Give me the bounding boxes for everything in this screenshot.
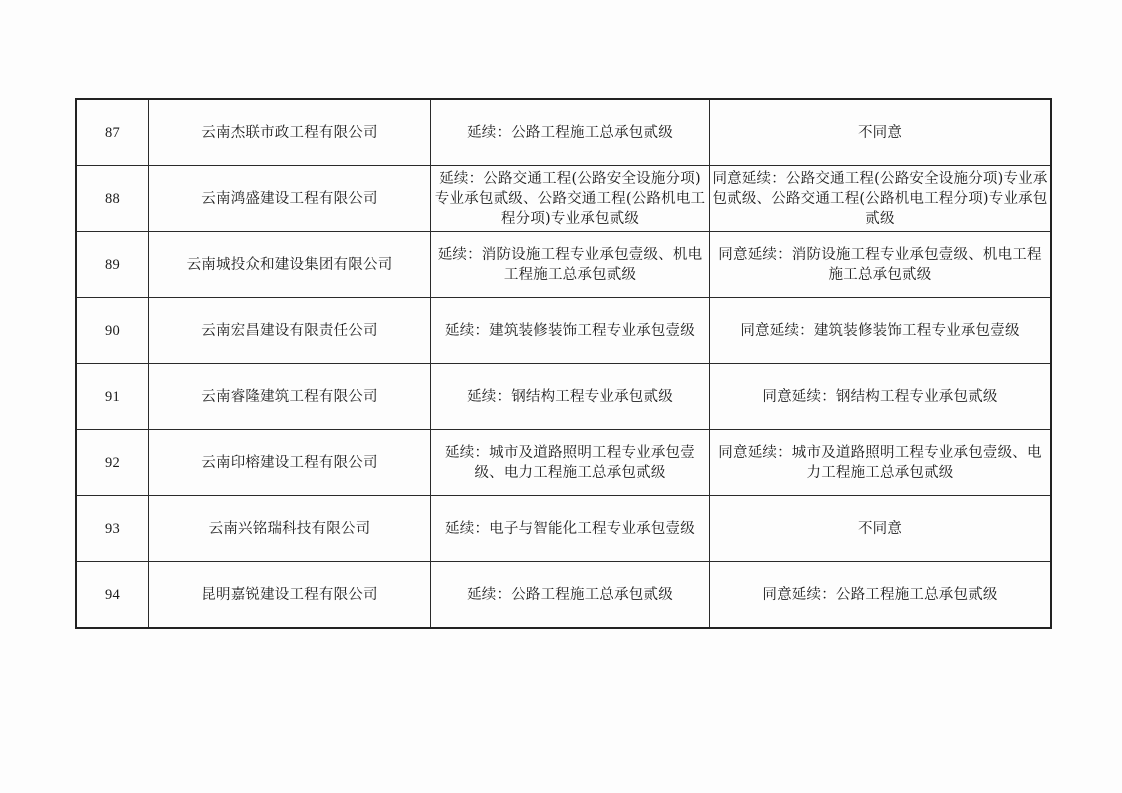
company-name: 云南宏昌建设有限责任公司 bbox=[149, 298, 431, 364]
review-opinion: 不同意 bbox=[710, 496, 1052, 562]
row-number: 94 bbox=[76, 562, 149, 629]
company-name: 昆明嘉锐建设工程有限公司 bbox=[149, 562, 431, 629]
row-number: 88 bbox=[76, 166, 149, 232]
row-number: 92 bbox=[76, 430, 149, 496]
company-name: 云南鸿盛建设工程有限公司 bbox=[149, 166, 431, 232]
application-item: 延续：消防设施工程专业承包壹级、机电工程施工总承包贰级 bbox=[431, 232, 710, 298]
review-opinion: 同意延续：公路工程施工总承包贰级 bbox=[710, 562, 1052, 629]
application-item: 延续：公路工程施工总承包贰级 bbox=[431, 99, 710, 166]
application-item: 延续：电子与智能化工程专业承包壹级 bbox=[431, 496, 710, 562]
application-item: 延续：钢结构工程专业承包贰级 bbox=[431, 364, 710, 430]
table-row: 92 云南印榕建设工程有限公司 延续：城市及道路照明工程专业承包壹级、电力工程施… bbox=[76, 430, 1051, 496]
company-name: 云南睿隆建筑工程有限公司 bbox=[149, 364, 431, 430]
review-opinion: 不同意 bbox=[710, 99, 1052, 166]
row-number: 87 bbox=[76, 99, 149, 166]
review-opinion: 同意延续：公路交通工程(公路安全设施分项)专业承包贰级、公路交通工程(公路机电工… bbox=[710, 166, 1052, 232]
row-number: 89 bbox=[76, 232, 149, 298]
table-row: 90 云南宏昌建设有限责任公司 延续：建筑装修装饰工程专业承包壹级 同意延续：建… bbox=[76, 298, 1051, 364]
review-opinion: 同意延续：建筑装修装饰工程专业承包壹级 bbox=[710, 298, 1052, 364]
application-item: 延续：城市及道路照明工程专业承包壹级、电力工程施工总承包贰级 bbox=[431, 430, 710, 496]
application-item: 延续：公路交通工程(公路安全设施分项)专业承包贰级、公路交通工程(公路机电工程分… bbox=[431, 166, 710, 232]
company-name: 云南印榕建设工程有限公司 bbox=[149, 430, 431, 496]
table-row: 88 云南鸿盛建设工程有限公司 延续：公路交通工程(公路安全设施分项)专业承包贰… bbox=[76, 166, 1051, 232]
table-row: 91 云南睿隆建筑工程有限公司 延续：钢结构工程专业承包贰级 同意延续：钢结构工… bbox=[76, 364, 1051, 430]
document-page: 87 云南杰联市政工程有限公司 延续：公路工程施工总承包贰级 不同意 88 云南… bbox=[0, 0, 1122, 793]
review-opinion: 同意延续：城市及道路照明工程专业承包壹级、电力工程施工总承包贰级 bbox=[710, 430, 1052, 496]
company-name: 云南城投众和建设集团有限公司 bbox=[149, 232, 431, 298]
table-row: 89 云南城投众和建设集团有限公司 延续：消防设施工程专业承包壹级、机电工程施工… bbox=[76, 232, 1051, 298]
company-name: 云南兴铭瑞科技有限公司 bbox=[149, 496, 431, 562]
table-row: 87 云南杰联市政工程有限公司 延续：公路工程施工总承包贰级 不同意 bbox=[76, 99, 1051, 166]
table-row: 93 云南兴铭瑞科技有限公司 延续：电子与智能化工程专业承包壹级 不同意 bbox=[76, 496, 1051, 562]
review-opinion: 同意延续：钢结构工程专业承包贰级 bbox=[710, 364, 1052, 430]
application-item: 延续：公路工程施工总承包贰级 bbox=[431, 562, 710, 629]
table-row: 94 昆明嘉锐建设工程有限公司 延续：公路工程施工总承包贰级 同意延续：公路工程… bbox=[76, 562, 1051, 629]
row-number: 90 bbox=[76, 298, 149, 364]
row-number: 93 bbox=[76, 496, 149, 562]
company-name: 云南杰联市政工程有限公司 bbox=[149, 99, 431, 166]
application-item: 延续：建筑装修装饰工程专业承包壹级 bbox=[431, 298, 710, 364]
approval-table: 87 云南杰联市政工程有限公司 延续：公路工程施工总承包贰级 不同意 88 云南… bbox=[75, 98, 1052, 629]
review-opinion: 同意延续：消防设施工程专业承包壹级、机电工程施工总承包贰级 bbox=[710, 232, 1052, 298]
row-number: 91 bbox=[76, 364, 149, 430]
